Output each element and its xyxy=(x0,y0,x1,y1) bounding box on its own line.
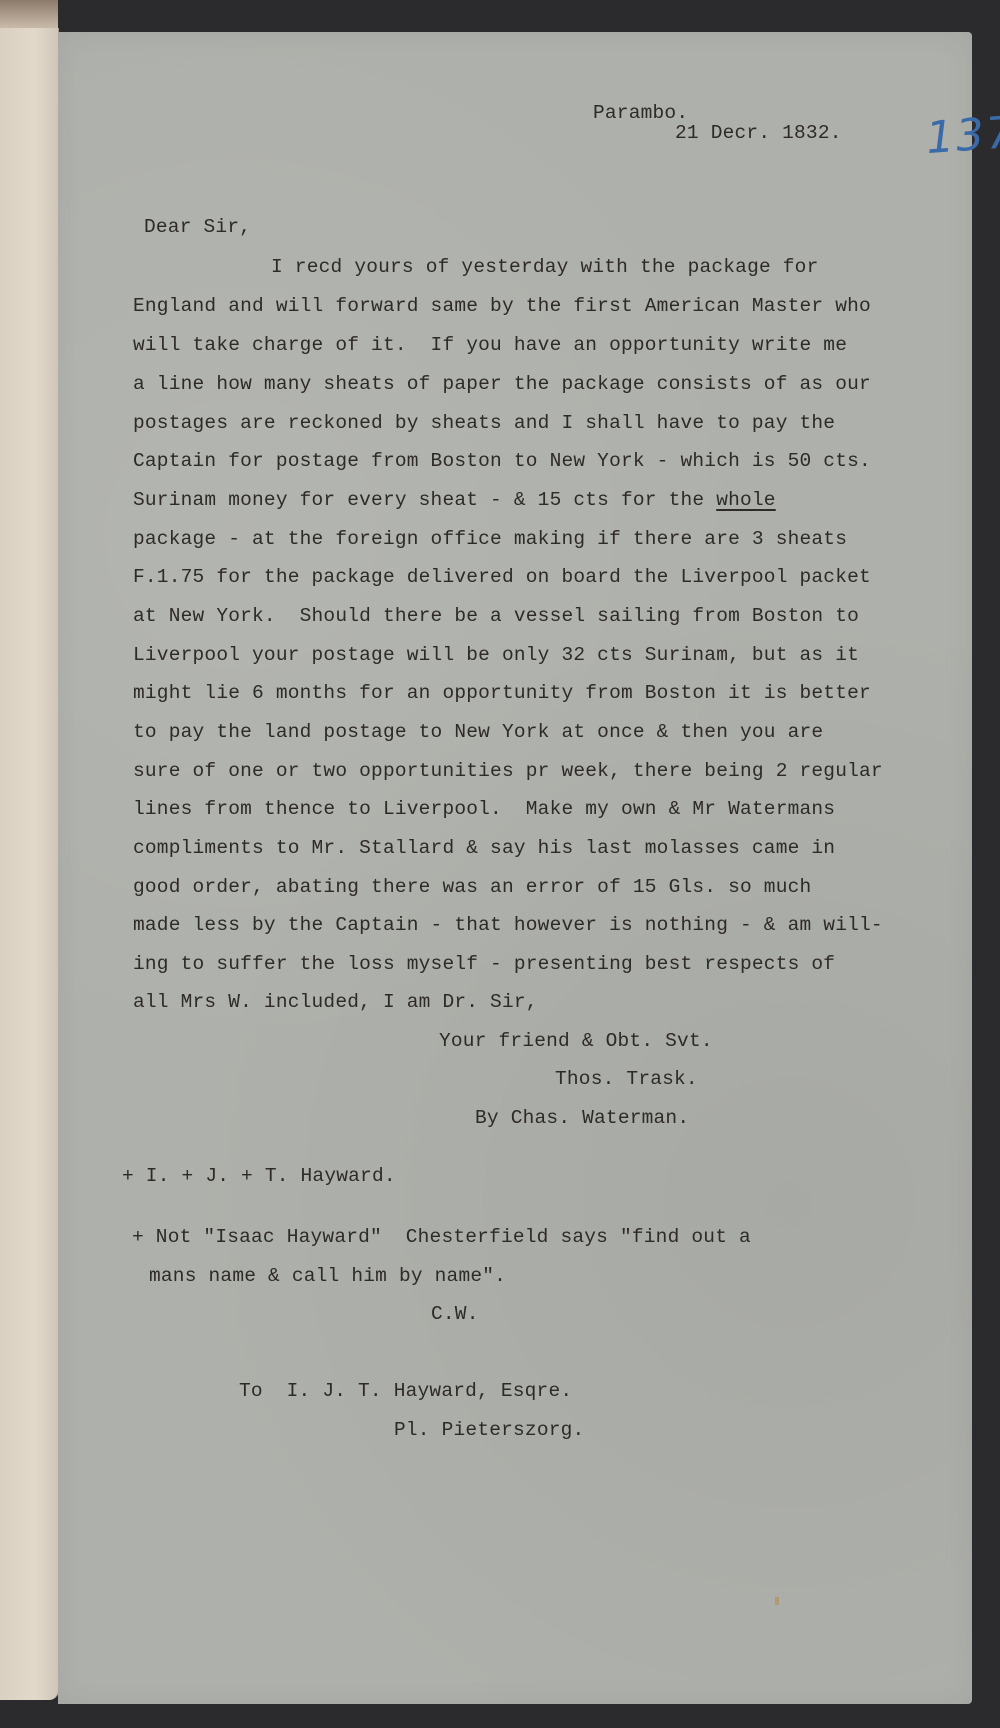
paper-stain xyxy=(775,1597,779,1605)
body-line: Liverpool your postage will be only 32 c… xyxy=(133,646,859,666)
address-line: Pl. Pieterszorg. xyxy=(394,1421,584,1441)
body-line: Surinam money for every sheat - & 15 cts… xyxy=(133,491,776,511)
binding-edge-top xyxy=(0,0,58,30)
closing: Your friend & Obt. Svt. xyxy=(439,1032,713,1052)
body-line: a line how many sheats of paper the pack… xyxy=(133,375,871,395)
signed-by: By Chas. Waterman. xyxy=(475,1109,689,1129)
note-heading: + I. + J. + T. Hayward. xyxy=(122,1167,396,1187)
body-line: might lie 6 months for an opportunity fr… xyxy=(133,684,871,704)
underlined-word: whole xyxy=(716,489,776,511)
body-line: compliments to Mr. Stallard & say his la… xyxy=(133,839,835,859)
signature: Thos. Trask. xyxy=(555,1070,698,1090)
body-line: F.1.75 for the package delivered on boar… xyxy=(133,568,871,588)
body-line: made less by the Captain - that however … xyxy=(133,916,883,936)
body-line: sure of one or two opportunities pr week… xyxy=(133,762,883,782)
body-line: I recd yours of yesterday with the packa… xyxy=(271,258,819,278)
folio-number: 137 xyxy=(924,107,1000,164)
letter-sheet: 137 Parambo. 21 Decr. 1832. Dear Sir, I … xyxy=(58,32,972,1704)
note-line: mans name & call him by name". xyxy=(149,1267,506,1287)
body-line: good order, abating there was an error o… xyxy=(133,878,811,898)
body-line: ing to suffer the loss myself - presenti… xyxy=(133,955,835,975)
salutation: Dear Sir, xyxy=(144,218,251,238)
address-line: To I. J. T. Hayward, Esqre. xyxy=(239,1382,572,1402)
binding-page-strip xyxy=(0,28,59,1700)
body-line: postages are reckoned by sheats and I sh… xyxy=(133,414,835,434)
date-line: 21 Decr. 1832. xyxy=(675,124,842,144)
body-line: all Mrs W. included, I am Dr. Sir, xyxy=(133,993,538,1013)
body-line: lines from thence to Liverpool. Make my … xyxy=(133,800,835,820)
place-line: Parambo. xyxy=(593,104,688,124)
body-line-text: Surinam money for every sheat - & 15 cts… xyxy=(133,489,716,511)
body-line: England and will forward same by the fir… xyxy=(133,297,871,317)
body-line: Captain for postage from Boston to New Y… xyxy=(133,452,871,472)
body-line: package - at the foreign office making i… xyxy=(133,530,847,550)
body-line: at New York. Should there be a vessel sa… xyxy=(133,607,859,627)
body-line: will take charge of it. If you have an o… xyxy=(133,336,847,356)
body-line: to pay the land postage to New York at o… xyxy=(133,723,823,743)
note-initials: C.W. xyxy=(431,1305,479,1325)
note-line: + Not "Isaac Hayward" Chesterfield says … xyxy=(132,1228,751,1248)
